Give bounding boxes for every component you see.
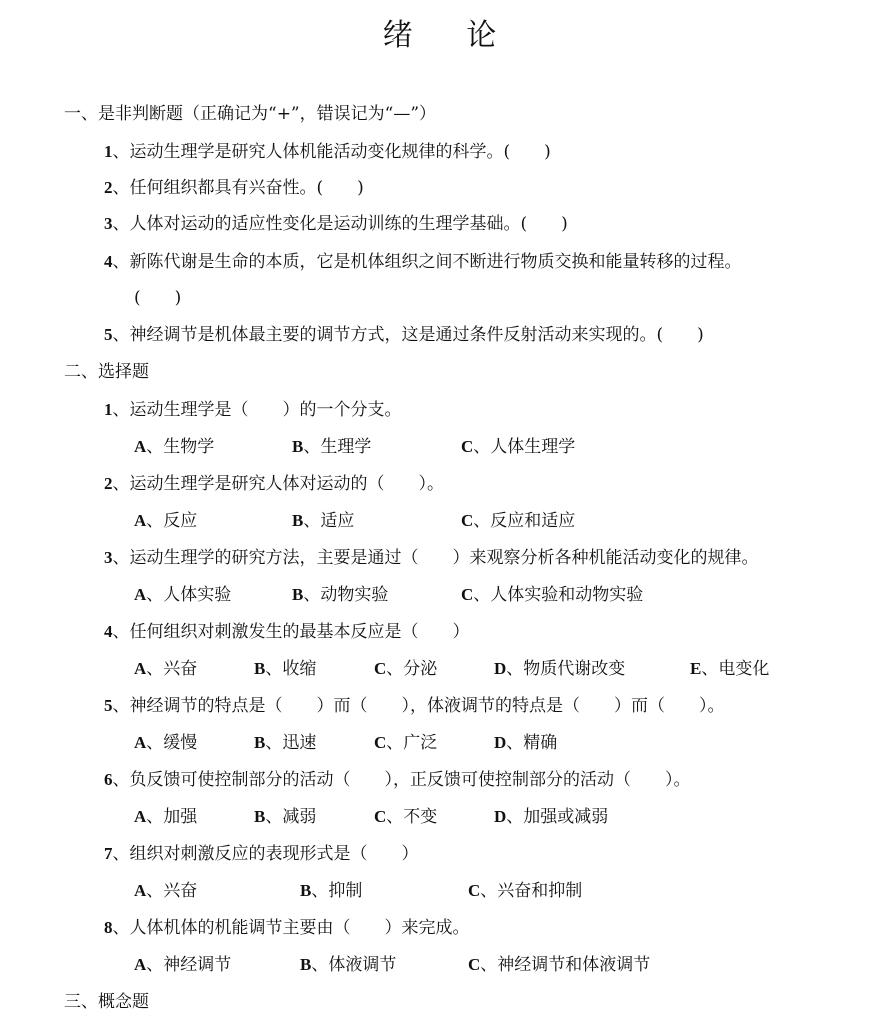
option-b: B、减弱: [254, 805, 316, 829]
section-heading-concepts: 三、概念题: [64, 990, 149, 1014]
option-b: B、体液调节: [300, 953, 396, 977]
question-mc-5: 5、神经调节的特点是（ ）而（ ），体液调节的特点是（ ）而（ ）。: [104, 694, 725, 718]
question-mc-2: 2、运动生理学是研究人体对运动的（ ）。: [104, 472, 444, 496]
question-text: 、运动生理学是（ ）的一个分支。: [113, 400, 402, 420]
question-text: 、负反馈可使控制部分的活动（ ），正反馈可使控制部分的活动（ ）。: [113, 770, 691, 790]
option-c: C、反应和适应: [461, 509, 575, 533]
question-mc-3: 3、运动生理学的研究方法，主要是通过（ ）来观察分析各种机能活动变化的规律。: [104, 546, 759, 570]
question-number: 3: [104, 548, 113, 567]
page-title: 绪 论: [0, 14, 879, 58]
question-number: 1: [104, 142, 113, 161]
question-text: 、运动生理学是研究人体对运动的（ ）。: [113, 474, 445, 494]
question-number: 3: [104, 214, 113, 233]
question-number: 2: [104, 474, 113, 493]
option-b: B、收缩: [254, 657, 316, 681]
option-b: B、动物实验: [292, 583, 388, 607]
answer-blank: ( ): [134, 286, 181, 310]
option-a: A、加强: [134, 805, 197, 829]
option-b: B、生理学: [292, 435, 371, 459]
question-number: 5: [104, 325, 113, 344]
option-a: A、兴奋: [134, 657, 197, 681]
question-text: 、新陈代谢是生命的本质，它是机体组织之间不断进行物质交换和能量转移的过程。: [113, 252, 742, 272]
question-text: 、人体机体的机能调节主要由（ ）来完成。: [113, 918, 470, 938]
question-mc-1: 1、运动生理学是（ ）的一个分支。: [104, 398, 402, 422]
option-a: A、缓慢: [134, 731, 197, 755]
question-text: 、神经调节是机体最主要的调节方式，这是通过条件反射活动来实现的。( ): [113, 325, 704, 345]
option-a: A、神经调节: [134, 953, 231, 977]
question-text: 、人体对运动的适应性变化是运动训练的生理学基础。( ): [113, 214, 568, 234]
question-text: 、神经调节的特点是（ ）而（ ），体液调节的特点是（ ）而（ ）。: [113, 696, 725, 716]
question-tf-1: 1、运动生理学是研究人体机能活动变化规律的科学。( ): [104, 140, 551, 164]
question-number: 1: [104, 400, 113, 419]
option-d: D、加强或减弱: [494, 805, 608, 829]
section-heading-multiple-choice: 二、选择题: [64, 360, 149, 384]
question-text: 、运动生理学是研究人体机能活动变化规律的科学。( ): [113, 142, 551, 162]
question-number: 6: [104, 770, 113, 789]
section-heading-true-false: 一、是非判断题（正确记为“+”，错误记为“—”）: [64, 102, 436, 126]
question-number: 5: [104, 696, 113, 715]
question-text: 、任何组织都具有兴奋性。( ): [113, 178, 364, 198]
option-b: B、迅速: [254, 731, 316, 755]
option-c: C、兴奋和抑制: [468, 879, 582, 903]
question-number: 7: [104, 844, 113, 863]
question-text: 、任何组织对刺激发生的最基本反应是（ ）: [113, 622, 470, 642]
question-mc-4: 4、任何组织对刺激发生的最基本反应是（ ）: [104, 620, 470, 644]
option-b: B、抑制: [300, 879, 362, 903]
question-number: 4: [104, 252, 113, 271]
option-e: E、电变化: [690, 657, 769, 681]
question-tf-4: 4、新陈代谢是生命的本质，它是机体组织之间不断进行物质交换和能量转移的过程。: [104, 250, 742, 274]
option-a: A、生物学: [134, 435, 214, 459]
option-c: C、人体生理学: [461, 435, 575, 459]
question-text: 、组织对刺激反应的表现形式是（ ）: [113, 844, 419, 864]
option-b: B、适应: [292, 509, 354, 533]
question-number: 2: [104, 178, 113, 197]
option-c: C、广泛: [374, 731, 437, 755]
question-tf-5: 5、神经调节是机体最主要的调节方式，这是通过条件反射活动来实现的。( ): [104, 323, 704, 347]
question-mc-7: 7、组织对刺激反应的表现形式是（ ）: [104, 842, 419, 866]
option-d: D、精确: [494, 731, 557, 755]
question-text: 、运动生理学的研究方法，主要是通过（ ）来观察分析各种机能活动变化的规律。: [113, 548, 759, 568]
option-a: A、反应: [134, 509, 197, 533]
question-number: 8: [104, 918, 113, 937]
option-c: C、不变: [374, 805, 437, 829]
question-number: 4: [104, 622, 113, 641]
option-c: C、分泌: [374, 657, 437, 681]
question-tf-3: 3、人体对运动的适应性变化是运动训练的生理学基础。( ): [104, 212, 568, 236]
question-mc-8: 8、人体机体的机能调节主要由（ ）来完成。: [104, 916, 470, 940]
option-d: D、物质代谢改变: [494, 657, 625, 681]
option-c: C、人体实验和动物实验: [461, 583, 643, 607]
question-mc-6: 6、负反馈可使控制部分的活动（ ），正反馈可使控制部分的活动（ ）。: [104, 768, 691, 792]
option-c: C、神经调节和体液调节: [468, 953, 650, 977]
question-tf-2: 2、任何组织都具有兴奋性。( ): [104, 176, 364, 200]
option-a: A、人体实验: [134, 583, 231, 607]
option-a: A、兴奋: [134, 879, 197, 903]
